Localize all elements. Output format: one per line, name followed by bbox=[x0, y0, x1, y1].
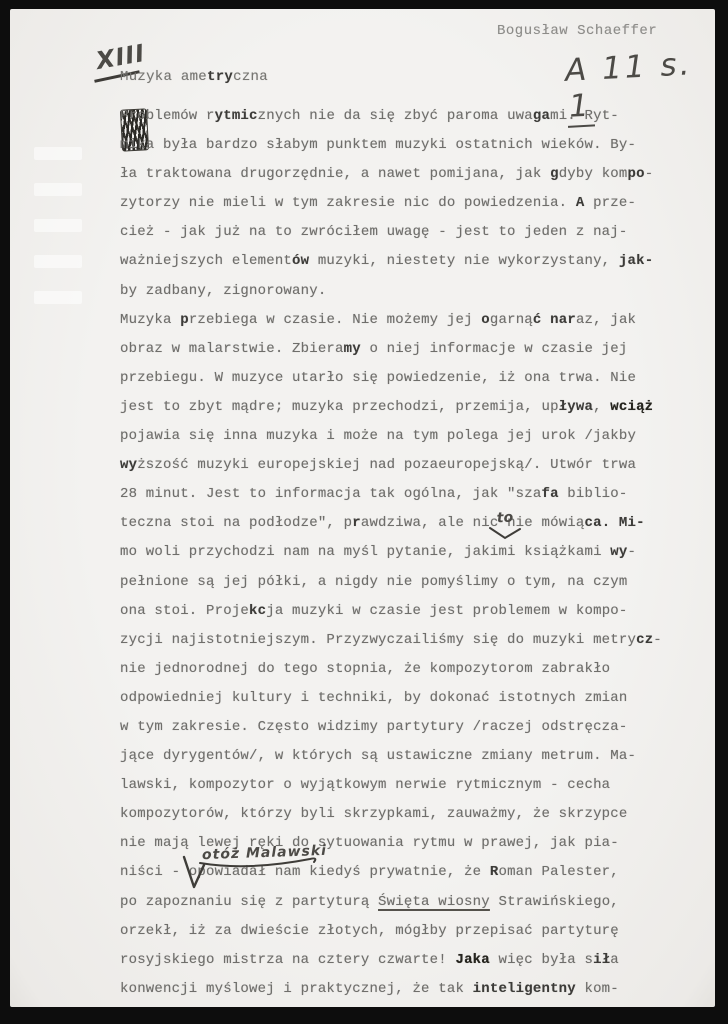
typed-line: jest to zbyt mądre; muzyka przechodzi, p… bbox=[120, 393, 695, 422]
typed-line: po zapoznaniu się z partyturą Święta wio… bbox=[120, 888, 695, 917]
typed-line: lawski, kompozytor o wyjątkowym nerwie r… bbox=[120, 771, 695, 800]
bleed-mark bbox=[34, 219, 82, 232]
typed-line: pojawia się inna muzyka i może na tym po… bbox=[120, 422, 695, 451]
typed-line: Muzyka przebiega w czasie. Nie możemy je… bbox=[120, 306, 695, 335]
typed-line: ła traktowana drugorzędnie, a nawet pomi… bbox=[120, 160, 695, 189]
typed-line: Problemów rytmicznych nie da się zbyć pa… bbox=[120, 102, 695, 131]
typed-line: wyższość muzyki europejskiej nad pozaeur… bbox=[120, 451, 695, 480]
handwritten-insert-to: to bbox=[488, 510, 522, 540]
typed-line: pełnione są jej półki, a nigdy nie pomyś… bbox=[120, 568, 695, 597]
typed-line: by zadbany, zignorowany. bbox=[120, 277, 695, 306]
archive-mark-prefix: A 11 s. bbox=[564, 46, 693, 89]
bleed-mark bbox=[34, 147, 82, 160]
typed-line: w tym zakresie. Często widzimy partytury… bbox=[120, 713, 695, 742]
manuscript-page: Bogusław Schaeffer A 11 s.1 XIII Muzyka … bbox=[10, 9, 715, 1007]
scanned-document: Bogusław Schaeffer A 11 s.1 XIII Muzyka … bbox=[0, 0, 728, 1024]
typed-line: rosyjskiego mistrza na cztery czwarte! J… bbox=[120, 946, 695, 975]
typed-line: teczna stoi na podłodze", prawdziwa, ale… bbox=[120, 509, 695, 538]
typed-line: zycji najistotniejszym. Przyzwyczailiśmy… bbox=[120, 626, 695, 655]
typed-line: orzekł, iż za dwieście złotych, mógłby p… bbox=[120, 917, 695, 946]
typed-line: cież - jak już na to zwróciłem uwagę - j… bbox=[120, 218, 695, 247]
typed-line: kompozytorów, którzy byli skrzypkami, za… bbox=[120, 800, 695, 829]
typed-line: zytorzy nie mieli w tym zakresie nic do … bbox=[120, 189, 695, 218]
typed-line: obraz w malarstwie. Zbieramy o niej info… bbox=[120, 335, 695, 364]
typed-line: ważniejszych elementów muzyki, niestety … bbox=[120, 247, 695, 276]
typed-line: ona stoi. Projekcja muzyki w czasie jest… bbox=[120, 597, 695, 626]
typed-line: odpowiedniej kultury i techniki, by doko… bbox=[120, 684, 695, 713]
insert-to-text: to bbox=[487, 509, 522, 527]
handwritten-insert-malawski: otóż Malawski bbox=[178, 845, 328, 891]
typed-line: jące dyrygentów/, w których są ustawiczn… bbox=[120, 742, 695, 771]
page-title: Muzyka ametryczna bbox=[120, 69, 268, 85]
bleed-mark bbox=[34, 291, 82, 304]
typed-line: mika była bardzo słabym punktem muzyki o… bbox=[120, 131, 695, 160]
caret-mark-icon bbox=[488, 526, 522, 540]
typed-line: mo woli przychodzi nam na myśl pytanie, … bbox=[120, 538, 695, 567]
typed-line: 28 minut. Jest to informacja tak ogólna,… bbox=[120, 480, 695, 509]
bleed-mark bbox=[34, 183, 82, 196]
typed-line: konwencji myślowej i praktycznej, że tak… bbox=[120, 975, 695, 1004]
bleed-mark bbox=[34, 255, 82, 268]
author-name: Bogusław Schaeffer bbox=[497, 23, 657, 39]
typed-line: nie jednorodnej do tego stopnia, że komp… bbox=[120, 655, 695, 684]
typed-line: przebiegu. W muzyce utarło się powiedzen… bbox=[120, 364, 695, 393]
